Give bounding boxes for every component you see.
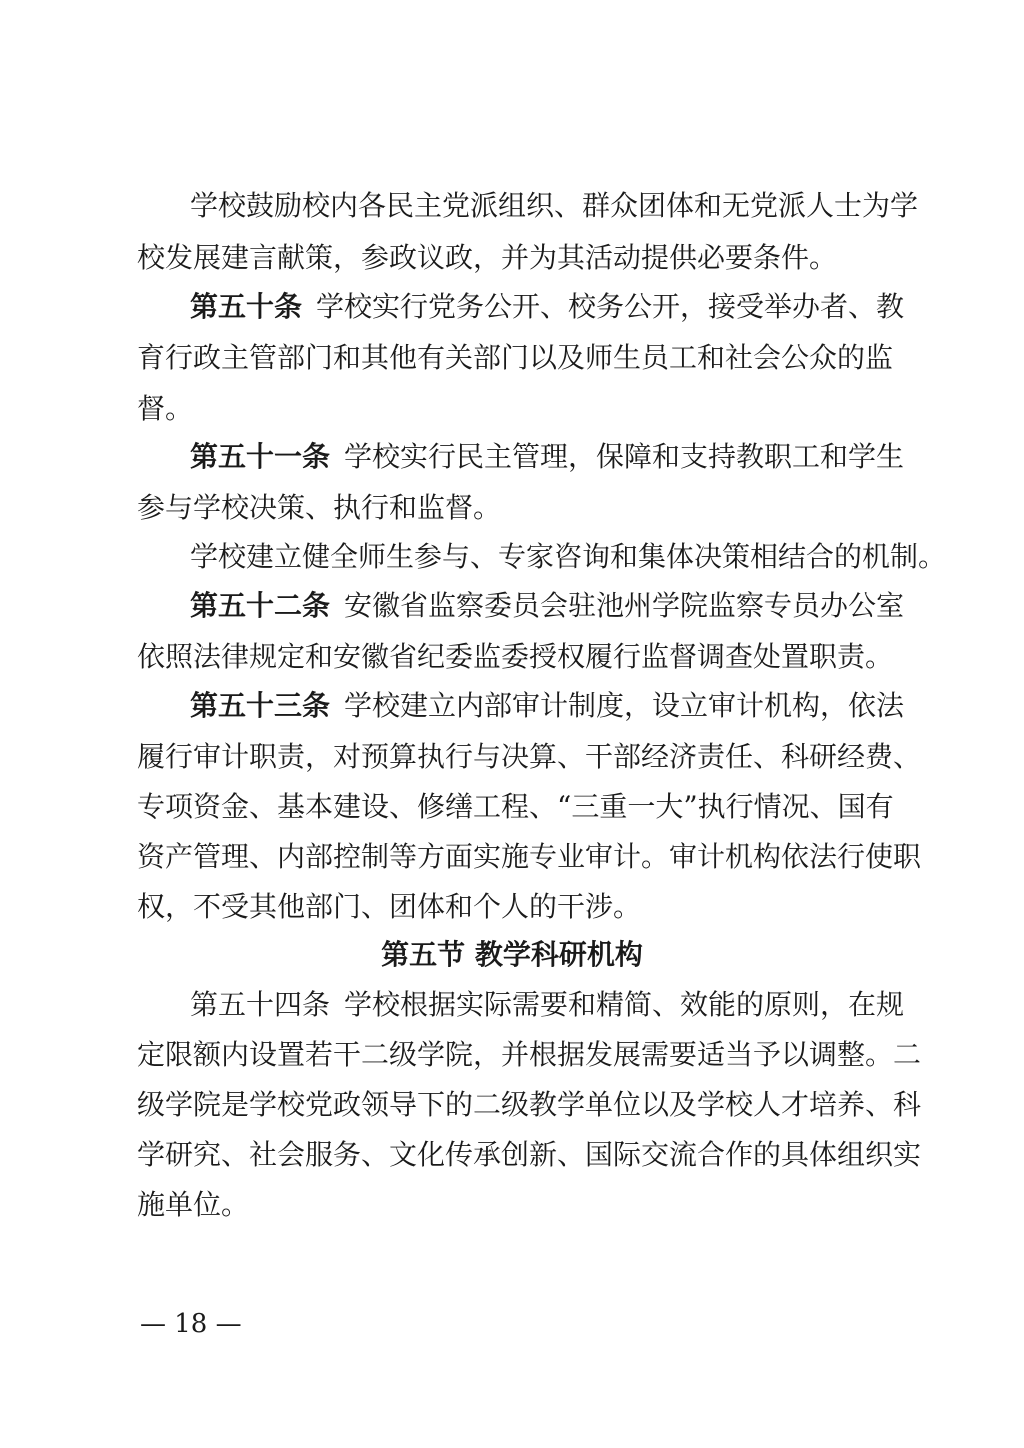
paragraph-line: 参与学校决策、执行和监督。 bbox=[137, 488, 893, 528]
paragraph-line: 学研究、社会服务、文化传承创新、国际交流合作的具体组织实 bbox=[137, 1135, 893, 1175]
paragraph-line: 育行政主管部门和其他有关部门以及师生员工和社会公众的监 bbox=[137, 338, 893, 378]
paragraph-line: 施单位。 bbox=[137, 1185, 893, 1225]
paragraph-line: 学校鼓励校内各民主党派组织、群众团体和无党派人士为学 bbox=[190, 186, 893, 226]
paragraph-line: 专项资金、基本建设、修缮工程、“三重一大”执行情况、国有 bbox=[137, 787, 893, 827]
paragraph-line: 定限额内设置若干二级学院，并根据发展需要适当予以调整。二 bbox=[137, 1035, 893, 1075]
paragraph-line: 资产管理、内部控制等方面实施专业审计。审计机构依法行使职 bbox=[137, 837, 893, 877]
document-page: 学校鼓励校内各民主党派组织、群众团体和无党派人士为学 校发展建言献策，参政议政，… bbox=[0, 0, 1024, 1448]
paragraph-line: 权，不受其他部门、团体和个人的干涉。 bbox=[137, 887, 893, 927]
article-51-line: 第五十一条学校实行民主管理，保障和支持教职工和学生 bbox=[190, 437, 893, 477]
paragraph-line: 督。 bbox=[137, 389, 893, 429]
article-label: 第五十三条 bbox=[190, 689, 330, 722]
article-text: 学校实行民主管理，保障和支持教职工和学生 bbox=[344, 440, 904, 473]
paragraph-line: 校发展建言献策，参政议政，并为其活动提供必要条件。 bbox=[137, 238, 893, 278]
article-label: 第五十二条 bbox=[190, 589, 330, 622]
article-54-line: 第五十四条学校根据实际需要和精简、效能的原则，在规 bbox=[190, 985, 893, 1025]
paragraph-line: 履行审计职责，对预算执行与决算、干部经济责任、科研经费、 bbox=[137, 737, 893, 777]
paragraph-line: 级学院是学校党政领导下的二级教学单位以及学校人才培养、科 bbox=[137, 1085, 893, 1125]
article-label: 第五十一条 bbox=[190, 440, 330, 473]
article-text: 学校实行党务公开、校务公开，接受举办者、教 bbox=[316, 290, 904, 323]
article-50-line: 第五十条学校实行党务公开、校务公开，接受举办者、教 bbox=[190, 287, 893, 327]
page-number: — 18 — bbox=[140, 1306, 242, 1342]
paragraph-line: 学校建立健全师生参与、专家咨询和集体决策相结合的机制。 bbox=[190, 537, 907, 577]
section-heading: 第五节 教学科研机构 bbox=[0, 935, 1024, 975]
article-label: 第五十四条 bbox=[190, 988, 330, 1021]
article-text: 学校根据实际需要和精简、效能的原则，在规 bbox=[344, 988, 904, 1021]
article-text: 安徽省监察委员会驻池州学院监察专员办公室 bbox=[344, 589, 904, 622]
article-text: 学校建立内部审计制度，设立审计机构，依法 bbox=[344, 689, 904, 722]
article-53-line: 第五十三条学校建立内部审计制度，设立审计机构，依法 bbox=[190, 686, 893, 726]
article-52-line: 第五十二条安徽省监察委员会驻池州学院监察专员办公室 bbox=[190, 586, 893, 626]
article-label: 第五十条 bbox=[190, 290, 302, 323]
paragraph-line: 依照法律规定和安徽省纪委监委授权履行监督调查处置职责。 bbox=[137, 637, 893, 677]
